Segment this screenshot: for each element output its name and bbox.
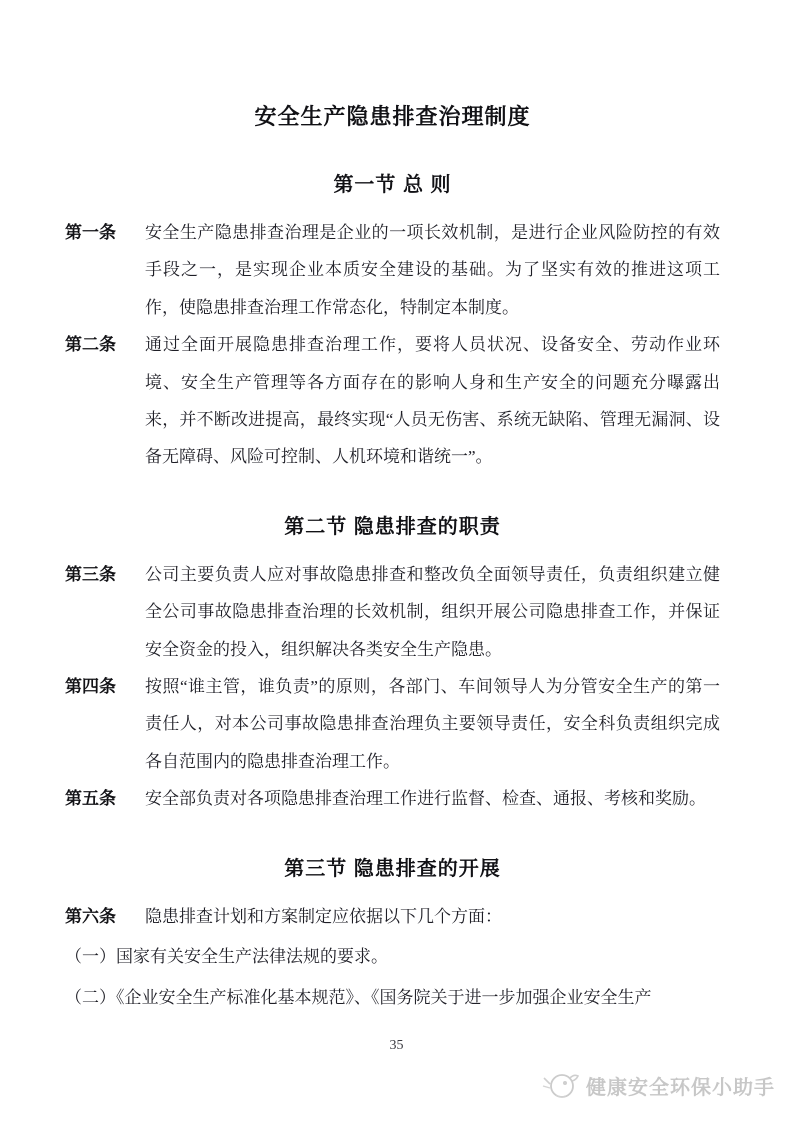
article-1-label: 第一条	[65, 214, 116, 251]
article-4-text: 按照“谁主管，谁负责”的原则，各部门、车间领导人为分管安全生产的第一责任人，对本…	[145, 677, 720, 771]
page-number: 35	[0, 1038, 793, 1054]
document-title: 安全生产隐患排查治理制度	[65, 100, 720, 134]
article-4-label: 第四条	[65, 668, 116, 705]
article-1-text: 安全生产隐患排查治理是企业的一项长效机制，是进行企业风险防控的有效手段之一，是实…	[145, 223, 720, 317]
article-2-text: 通过全面开展隐患排查治理工作，要将人员状况、设备安全、劳动作业环境、安全生产管理…	[145, 335, 720, 466]
section-heading-1: 第一节 总 则	[65, 170, 720, 200]
article-5: 第五条 安全部负责对各项隐患排查治理工作进行监督、检查、通报、考核和奖励。	[65, 780, 720, 817]
watermark-text: 健康安全环保小助手	[586, 1071, 775, 1100]
article-3: 第三条 公司主要负责人应对事故隐患排查和整改负全面领导责任，负责组织建立健全公司…	[65, 556, 720, 668]
article-4: 第四条 按照“谁主管，谁负责”的原则，各部门、车间领导人为分管安全生产的第一责任…	[65, 668, 720, 780]
list-item-1: （一）国家有关安全生产法律法规的要求。	[65, 938, 720, 975]
article-3-label: 第三条	[65, 556, 116, 593]
chick-mascot-icon	[542, 1068, 580, 1102]
document-page: 安全生产隐患排查治理制度 第一节 总 则 第一条 安全生产隐患排查治理是企业的一…	[0, 0, 793, 1122]
article-1: 第一条 安全生产隐患排查治理是企业的一项长效机制，是进行企业风险防控的有效手段之…	[65, 214, 720, 326]
article-5-label: 第五条	[65, 780, 116, 817]
section-heading-3: 第三节 隐患排查的开展	[65, 854, 720, 884]
article-5-text: 安全部负责对各项隐患排查治理工作进行监督、检查、通报、考核和奖励。	[145, 789, 706, 808]
watermark: 健康安全环保小助手	[542, 1068, 775, 1102]
list-item-2: （二）《企业安全生产标准化基本规范》、《国务院关于进一步加强企业安全生产	[65, 979, 720, 1016]
document-content: 安全生产隐患排查治理制度 第一节 总 则 第一条 安全生产隐患排查治理是企业的一…	[0, 0, 793, 1016]
article-6: 第六条 隐患排查计划和方案制定应依据以下几个方面：	[65, 898, 720, 935]
article-2: 第二条 通过全面开展隐患排查治理工作，要将人员状况、设备安全、劳动作业环境、安全…	[65, 326, 720, 476]
article-6-label: 第六条	[65, 898, 116, 935]
article-2-label: 第二条	[65, 326, 116, 363]
section-heading-2: 第二节 隐患排查的职责	[65, 512, 720, 542]
article-6-text: 隐患排查计划和方案制定应依据以下几个方面：	[145, 907, 502, 926]
article-3-text: 公司主要负责人应对事故隐患排查和整改负全面领导责任，负责组织建立健全公司事故隐患…	[145, 565, 720, 659]
